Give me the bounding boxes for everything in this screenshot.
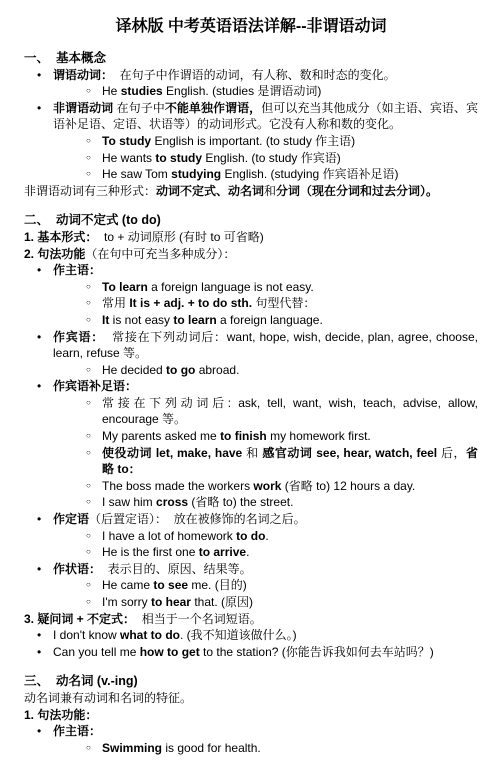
text-run: I'm sorry [102, 595, 151, 609]
text-run: 动词不定式、动名词 [156, 184, 264, 198]
paragraph: 动名词兼有动词和名词的特征。 [24, 690, 478, 707]
text-run: 作定语 [53, 512, 89, 526]
bullet-item: •作定语（后置定语）： 放在被修饰的名词之后。 [24, 511, 478, 528]
section-heading: 二、 动词不定式 (to do) [24, 212, 478, 229]
sub-bullet-item: ○The boss made the workers work (省略 to) … [24, 478, 478, 495]
text-run: 表示目的、原因、结果等。 [101, 562, 252, 576]
text-run: To study [102, 134, 151, 148]
circle-icon: ○ [86, 449, 91, 457]
text-run: I saw him [102, 495, 156, 509]
sub-bullet-item: ○He came to see me. (目的) [24, 577, 478, 594]
sub-bullet-item: ○使役动词 let, make, have 和 感官动词 see, hear, … [24, 445, 478, 478]
text-run: to arrive [199, 545, 246, 559]
text-run: 二、 动词不定式 (to do) [24, 213, 161, 227]
text-run: Can you tell me [53, 645, 140, 659]
bullet-item: •作宾语： 常接在下列动词后：want, hope, wish, decide,… [24, 329, 478, 362]
text-run: 和 [242, 446, 262, 460]
text-run: work [253, 479, 281, 493]
sub-bullet-item: ○He saw Tom studying English. (studying … [24, 166, 478, 183]
text-run: to study [155, 151, 202, 165]
text-run: 1. 基本形式： [24, 230, 97, 244]
circle-icon: ○ [86, 366, 91, 374]
text-run: He came [102, 578, 153, 592]
sub-bullet-item: ○It is not easy to learn a foreign langu… [24, 312, 478, 329]
text-run: English. (studies 是谓语动词) [163, 84, 322, 98]
bullet-icon: • [37, 561, 41, 578]
sub-bullet-item: ○常接在下列动词后: ask, tell, want, wish, teach,… [24, 395, 478, 428]
numbered-item: 3. 疑问词 + 不定式： 相当于一个名词短语。 [24, 611, 478, 628]
text-run: 非谓语动词 [53, 101, 113, 115]
text-run: to hear [151, 595, 191, 609]
text-run: me. (目的) [188, 578, 247, 592]
text-run: is good for health. [162, 741, 261, 755]
text-run: 常用 [102, 296, 129, 310]
sub-bullet-item: ○He wants to study English. (to study 作宾… [24, 150, 478, 167]
document-title: 译林版 中考英语语法详解--非谓语动词 [24, 16, 478, 38]
bullet-item: •作状语： 表示目的、原因、结果等。 [24, 561, 478, 578]
circle-icon: ○ [86, 744, 91, 752]
text-run: 感官动词 see, hear, watch, feel [262, 446, 437, 460]
bullet-icon: • [37, 644, 41, 661]
circle-icon: ○ [86, 137, 91, 145]
sub-bullet-item: ○I'm sorry to hear that. (原因) [24, 594, 478, 611]
bullet-item: •作宾语补足语： [24, 378, 478, 395]
circle-icon: ○ [86, 482, 91, 490]
text-run: to go [166, 363, 195, 377]
text-run: English. (studying 作宾语补足语) [221, 167, 398, 181]
bullet-icon: • [37, 329, 41, 346]
sub-bullet-item: ○He studies English. (studies 是谓语动词) [24, 83, 478, 100]
numbered-item: 1. 基本形式： to + 动词原形 (有时 to 可省略) [24, 229, 478, 246]
text-run: is not easy [109, 313, 173, 327]
text-run: 3. 疑问词 + 不定式： [24, 612, 135, 626]
text-run: what to do [120, 628, 180, 642]
text-run: 作主语： [53, 263, 101, 277]
circle-icon: ○ [86, 316, 91, 324]
circle-icon: ○ [86, 87, 91, 95]
spacer [24, 660, 478, 673]
text-run: a foreign language is not easy. [148, 280, 314, 294]
text-run: 非谓语动词有三种形式： [24, 184, 156, 198]
text-run: 后， [437, 446, 466, 460]
text-run: 1. 句法功能： [24, 708, 97, 722]
circle-icon: ○ [86, 283, 91, 291]
numbered-item: 1. 句法功能： [24, 707, 478, 724]
text-run: 谓语动词： [53, 68, 113, 82]
text-run: 三、 动名词 (v.-ing) [24, 674, 138, 688]
text-run: . [246, 545, 249, 559]
text-run: 句型代替： [252, 296, 315, 310]
text-run: 作宾语： [53, 330, 104, 344]
text-run: 作状语： [53, 562, 101, 576]
text-run: 和 [264, 184, 276, 198]
sub-bullet-item: ○I saw him cross (省略 to) the street. [24, 494, 478, 511]
text-run: 作主语： [53, 724, 101, 738]
circle-icon: ○ [86, 581, 91, 589]
text-run: . [265, 529, 268, 543]
text-run: (省略 to) the street. [188, 495, 293, 509]
circle-icon: ○ [86, 170, 91, 178]
text-run: 在句子中作谓语的动词，有人称、数和时态的变化。 [113, 68, 396, 82]
bullet-item: •作主语： [24, 723, 478, 740]
text-run: To learn [102, 280, 148, 294]
circle-icon: ○ [86, 548, 91, 556]
text-run: to see [153, 578, 188, 592]
text-run: 不能单独作谓语， [165, 101, 261, 115]
sub-bullet-item: ○My parents asked me to finish my homewo… [24, 428, 478, 445]
text-run: 2. 句法功能 [24, 247, 85, 261]
bullet-icon: • [37, 100, 41, 117]
text-run: to the station? (你能告诉我如何去车站吗？) [200, 645, 434, 659]
text-run: 使役动词 let, make, have [102, 446, 242, 460]
document-page: 译林版 中考英语语法详解--非谓语动词 一、 基本概念•谓语动词： 在句子中作谓… [0, 0, 496, 772]
text-run: (省略 to) 12 hours a day. [281, 479, 415, 493]
text-run: to do [236, 529, 265, 543]
sub-bullet-item: ○To study English is important. (to stud… [24, 133, 478, 150]
paragraph: 非谓语动词有三种形式：动词不定式、动名词和分词（现在分词和过去分词）。 [24, 183, 478, 200]
spacer [24, 199, 478, 212]
text-run: 常接在下列动词后：want, hope, wish, decide, plan,… [53, 330, 481, 361]
text-run: 在句子中 [113, 101, 165, 115]
bullet-icon: • [37, 627, 41, 644]
text-run: studying [171, 167, 221, 181]
text-run: English is important. (to study 作主语) [151, 134, 355, 148]
text-run: how to get [140, 645, 200, 659]
sub-bullet-item: ○Swimming is good for health. [24, 740, 478, 757]
text-run: cross [156, 495, 188, 509]
text-run: He is the first one [102, 545, 199, 559]
sub-bullet-item: ○He decided to go abroad. [24, 362, 478, 379]
sub-bullet-item: ○He is the first one to arrive. [24, 544, 478, 561]
bullet-icon: • [37, 511, 41, 528]
text-run: . (我不知道该做什么。) [180, 628, 297, 642]
text-run: English. (to study 作宾语) [202, 151, 341, 165]
text-run: studies [121, 84, 163, 98]
circle-icon: ○ [86, 498, 91, 506]
circle-icon: ○ [86, 154, 91, 162]
text-run: （在句中可充当多种成分）： [85, 247, 235, 261]
text-run: It is + adj. + to do sth. [129, 296, 252, 310]
sub-bullet-item: ○To learn a foreign language is not easy… [24, 279, 478, 296]
sub-bullet-item: ○I have a lot of homework to do. [24, 528, 478, 545]
bullet-icon: • [37, 262, 41, 279]
text-run: He wants [102, 151, 155, 165]
document-body: 一、 基本概念•谓语动词： 在句子中作谓语的动词，有人称、数和时态的变化。○He… [24, 50, 478, 756]
text-run: 作宾语补足语： [53, 379, 137, 393]
sub-bullet-item: ○常用 It is + adj. + to do sth. 句型代替： [24, 295, 478, 312]
text-run: Swimming [102, 741, 162, 755]
text-run: to learn [173, 313, 216, 327]
text-run: He decided [102, 363, 166, 377]
bullet-item: •作主语： [24, 262, 478, 279]
text-run: （后置定语）： 放在被修饰的名词之后。 [89, 512, 306, 526]
bullet-icon: • [37, 378, 41, 395]
text-run: 一、 基本概念 [24, 51, 106, 65]
numbered-item: 2. 句法功能（在句中可充当多种成分）： [24, 246, 478, 263]
circle-icon: ○ [86, 598, 91, 606]
bullet-icon: • [37, 723, 41, 740]
bullet-item: •I don't know what to do. (我不知道该做什么。) [24, 627, 478, 644]
circle-icon: ○ [86, 399, 91, 407]
text-run: 分词（现在分词和过去分词）。 [276, 184, 438, 198]
text-run: 动名词兼有动词和名词的特征。 [24, 691, 192, 705]
text-run: The boss made the workers [102, 479, 253, 493]
text-run: 常接在下列动词后: ask, tell, want, wish, teach, … [102, 396, 481, 427]
circle-icon: ○ [86, 432, 91, 440]
bullet-item: •Can you tell me how to get to the stati… [24, 644, 478, 661]
text-run: 相当于一个名词短语。 [135, 612, 262, 626]
text-run: He [102, 84, 121, 98]
bullet-item: •谓语动词： 在句子中作谓语的动词，有人称、数和时态的变化。 [24, 67, 478, 84]
bullet-icon: • [37, 67, 41, 84]
bullet-item: •非谓语动词 在句子中不能单独作谓语，但可以充当其他成分（如主语、宾语、宾语补足… [24, 100, 478, 133]
text-run: abroad. [195, 363, 239, 377]
text-run: I don't know [53, 628, 120, 642]
circle-icon: ○ [86, 532, 91, 540]
text-run: to + 动词原形 (有时 to 可省略) [97, 230, 263, 244]
text-run: My parents asked me [102, 429, 220, 443]
text-run: I have a lot of homework [102, 529, 236, 543]
text-run: my homework first. [267, 429, 371, 443]
section-heading: 三、 动名词 (v.-ing) [24, 673, 478, 690]
section-heading: 一、 基本概念 [24, 50, 478, 67]
circle-icon: ○ [86, 299, 91, 307]
text-run: He saw Tom [102, 167, 171, 181]
text-run: to finish [220, 429, 267, 443]
text-run: that. (原因) [191, 595, 253, 609]
text-run: a foreign language. [217, 313, 323, 327]
